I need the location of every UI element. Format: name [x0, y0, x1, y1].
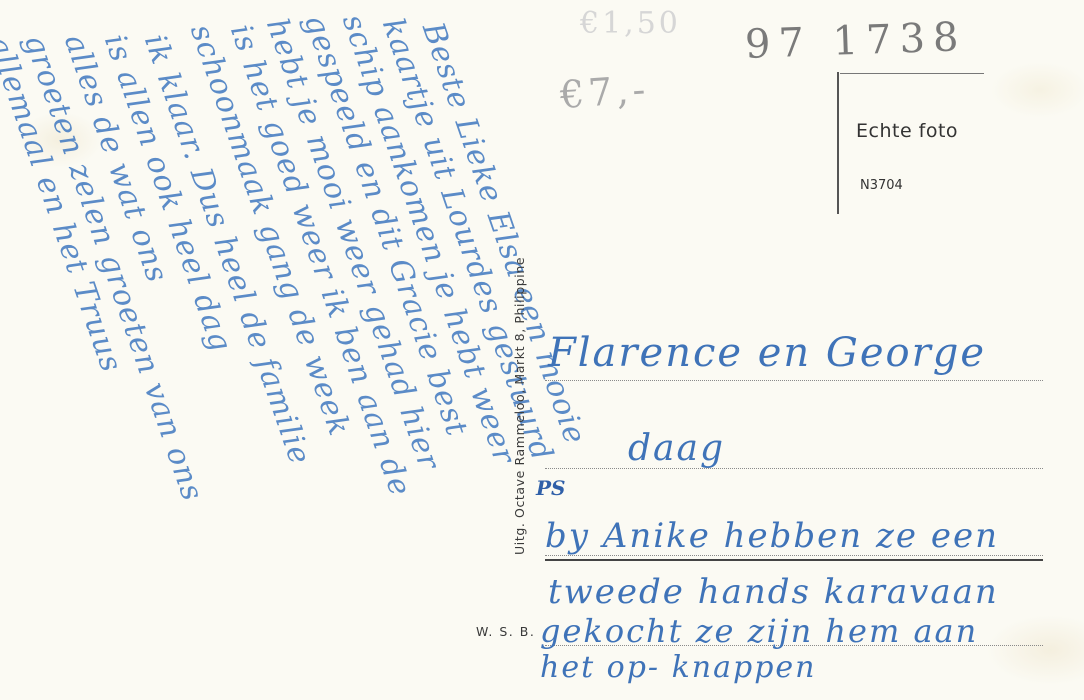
address-text-line: gekocht ze zijn hem aan	[540, 612, 978, 650]
address-line-1	[545, 380, 1043, 381]
printer-mark: W. S. B.	[476, 624, 535, 639]
address-text-line: tweede hands karavaan	[548, 572, 999, 612]
postscript-marker: PS	[536, 476, 565, 500]
address-text-line: by Anike hebben ze een	[545, 516, 999, 556]
address-text-line: Flarence en George	[548, 330, 986, 376]
stamp-box-code: N3704	[860, 178, 903, 193]
address-text-line: het op- knappen	[540, 650, 816, 685]
address-line-2	[545, 468, 1043, 469]
pencil-faint-mark: €1,50	[580, 6, 681, 41]
pencil-price: €7,-	[559, 67, 651, 117]
pencil-inventory-number: 97 1738	[744, 14, 967, 68]
postcard-back: Beste Lieke Elsa een mooie kaartje uit L…	[0, 0, 1084, 700]
address-underline	[545, 559, 1043, 561]
publisher-imprint: Uitg. Octave Rammeloo, Markt 8, Philippi…	[512, 257, 527, 555]
address-text-line: daag	[628, 428, 725, 469]
stamp-box-border-left	[837, 72, 839, 214]
stamp-box-border-top	[840, 73, 984, 74]
stamp-box-label: Echte foto	[856, 120, 958, 142]
